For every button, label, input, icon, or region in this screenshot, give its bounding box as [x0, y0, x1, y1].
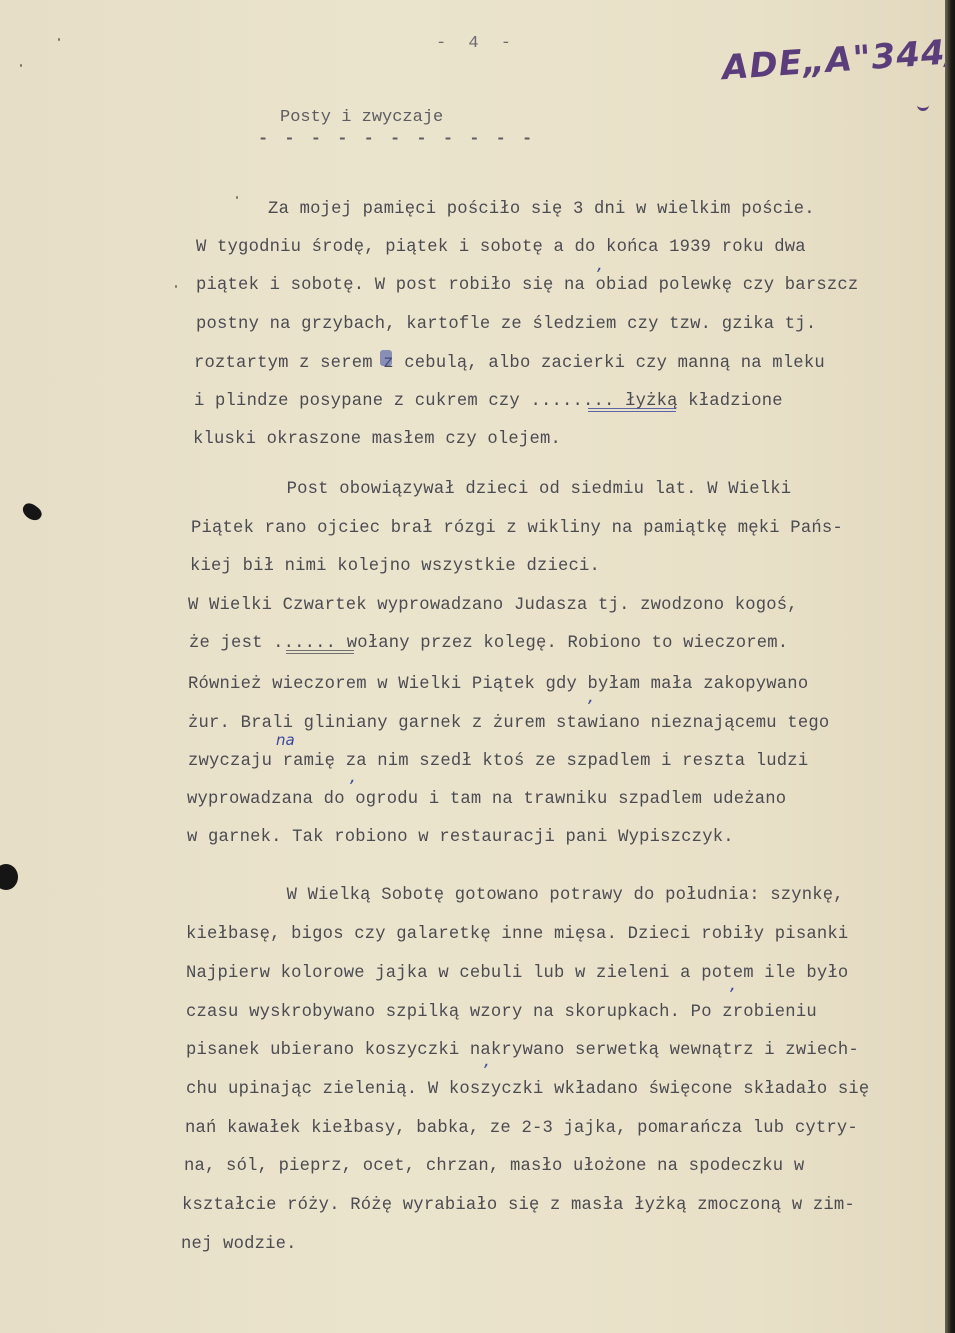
text-line: kiej bił nimi kolejno wszystkie dzieci.	[190, 557, 600, 576]
text-line: w garnek. Tak robiono w restauracji pani…	[187, 828, 734, 847]
pen-comma-mark: ,	[597, 254, 603, 275]
pen-insert-na: na	[276, 731, 295, 749]
section-title: Posty i zwyczaje	[280, 108, 443, 127]
text-line: nej wodzie.	[181, 1235, 297, 1254]
archive-signature: ADE„A"344/	[721, 32, 955, 88]
text-line: wyprowadzana do ogrodu i tam na trawniku…	[187, 790, 786, 809]
pen-comma-mark: ,	[484, 1050, 490, 1071]
paper-speck	[236, 196, 238, 199]
text-line: Za mojej pamięci pościło się 3 dni w wie…	[226, 200, 815, 219]
pen-comma-mark: ,	[730, 974, 736, 995]
text-line: nań kawałek kiełbasy, babka, ze 2-3 jajk…	[185, 1119, 858, 1138]
pen-comma-mark: ,	[350, 766, 356, 787]
text-line: W Wielką Sobotę gotowano potrawy do połu…	[234, 886, 844, 905]
paper-speck	[58, 38, 60, 41]
text-line: Piątek rano ojciec brał rózgi z wikliny …	[191, 519, 843, 538]
paper-speck	[20, 64, 22, 67]
text-line: zwyczaju ramię za nim szedł ktoś ze szpa…	[188, 752, 808, 771]
typed-strikeout	[286, 640, 354, 654]
page-number: - 4 -	[436, 34, 517, 53]
punch-hole-mark	[20, 501, 44, 524]
pen-comma-mark: ,	[588, 686, 594, 707]
punch-hole-mark	[0, 864, 18, 890]
text-line: pisanek ubierano koszyczki nakrywano ser…	[186, 1041, 859, 1060]
title-underline: - - - - - - - - - - -	[258, 130, 535, 149]
text-line: W tygodniu środę, piątek i sobotę a do k…	[196, 238, 806, 257]
text-line: Najpierw kolorowe jajka w cebuli lub w z…	[186, 964, 848, 983]
archive-signature-underline	[917, 104, 929, 111]
text-line: chu upinając zielenią. W koszyczki wkład…	[186, 1080, 869, 1099]
text-line: że jest ...... wołany przez kolegę. Robi…	[189, 634, 788, 653]
text-line: postny na grzybach, kartofle ze śledziem…	[196, 315, 816, 334]
text-line: kiełbasę, bigos czy galaretkę inne mięsa…	[186, 925, 848, 944]
text-line: czasu wyskrobywano szpilką wzory na skor…	[186, 1003, 817, 1022]
text-line: Post obowiązywał dzieci od siedmiu lat. …	[192, 480, 791, 499]
text-line: W Wielki Czwartek wyprowadzano Judasza t…	[188, 596, 798, 615]
text-line: kluski okraszone masłem czy olejem.	[193, 430, 561, 449]
text-line: Również wieczorem w Wielki Piątek gdy by…	[188, 675, 808, 694]
text-line: kształcie róży. Różę wyrabiało się z mas…	[182, 1196, 855, 1215]
pen-correction-mark	[380, 350, 392, 366]
text-line: piątek i sobotę. W post robiło się na ob…	[196, 276, 858, 295]
paper-speck	[175, 285, 177, 288]
text-line: na, sól, pieprz, ocet, chrzan, masło uło…	[184, 1157, 804, 1176]
text-line: i plindze posypane z cukrem czy ........…	[194, 392, 783, 411]
document-page: - 4 - ADE„A"344/ Posty i zwyczaje - - - …	[0, 0, 945, 1333]
pen-scribble-strikeout	[588, 398, 676, 412]
text-line: roztartym z serem z cebulą, albo zacierk…	[194, 354, 825, 373]
scan-edge-shadow	[945, 0, 955, 1333]
